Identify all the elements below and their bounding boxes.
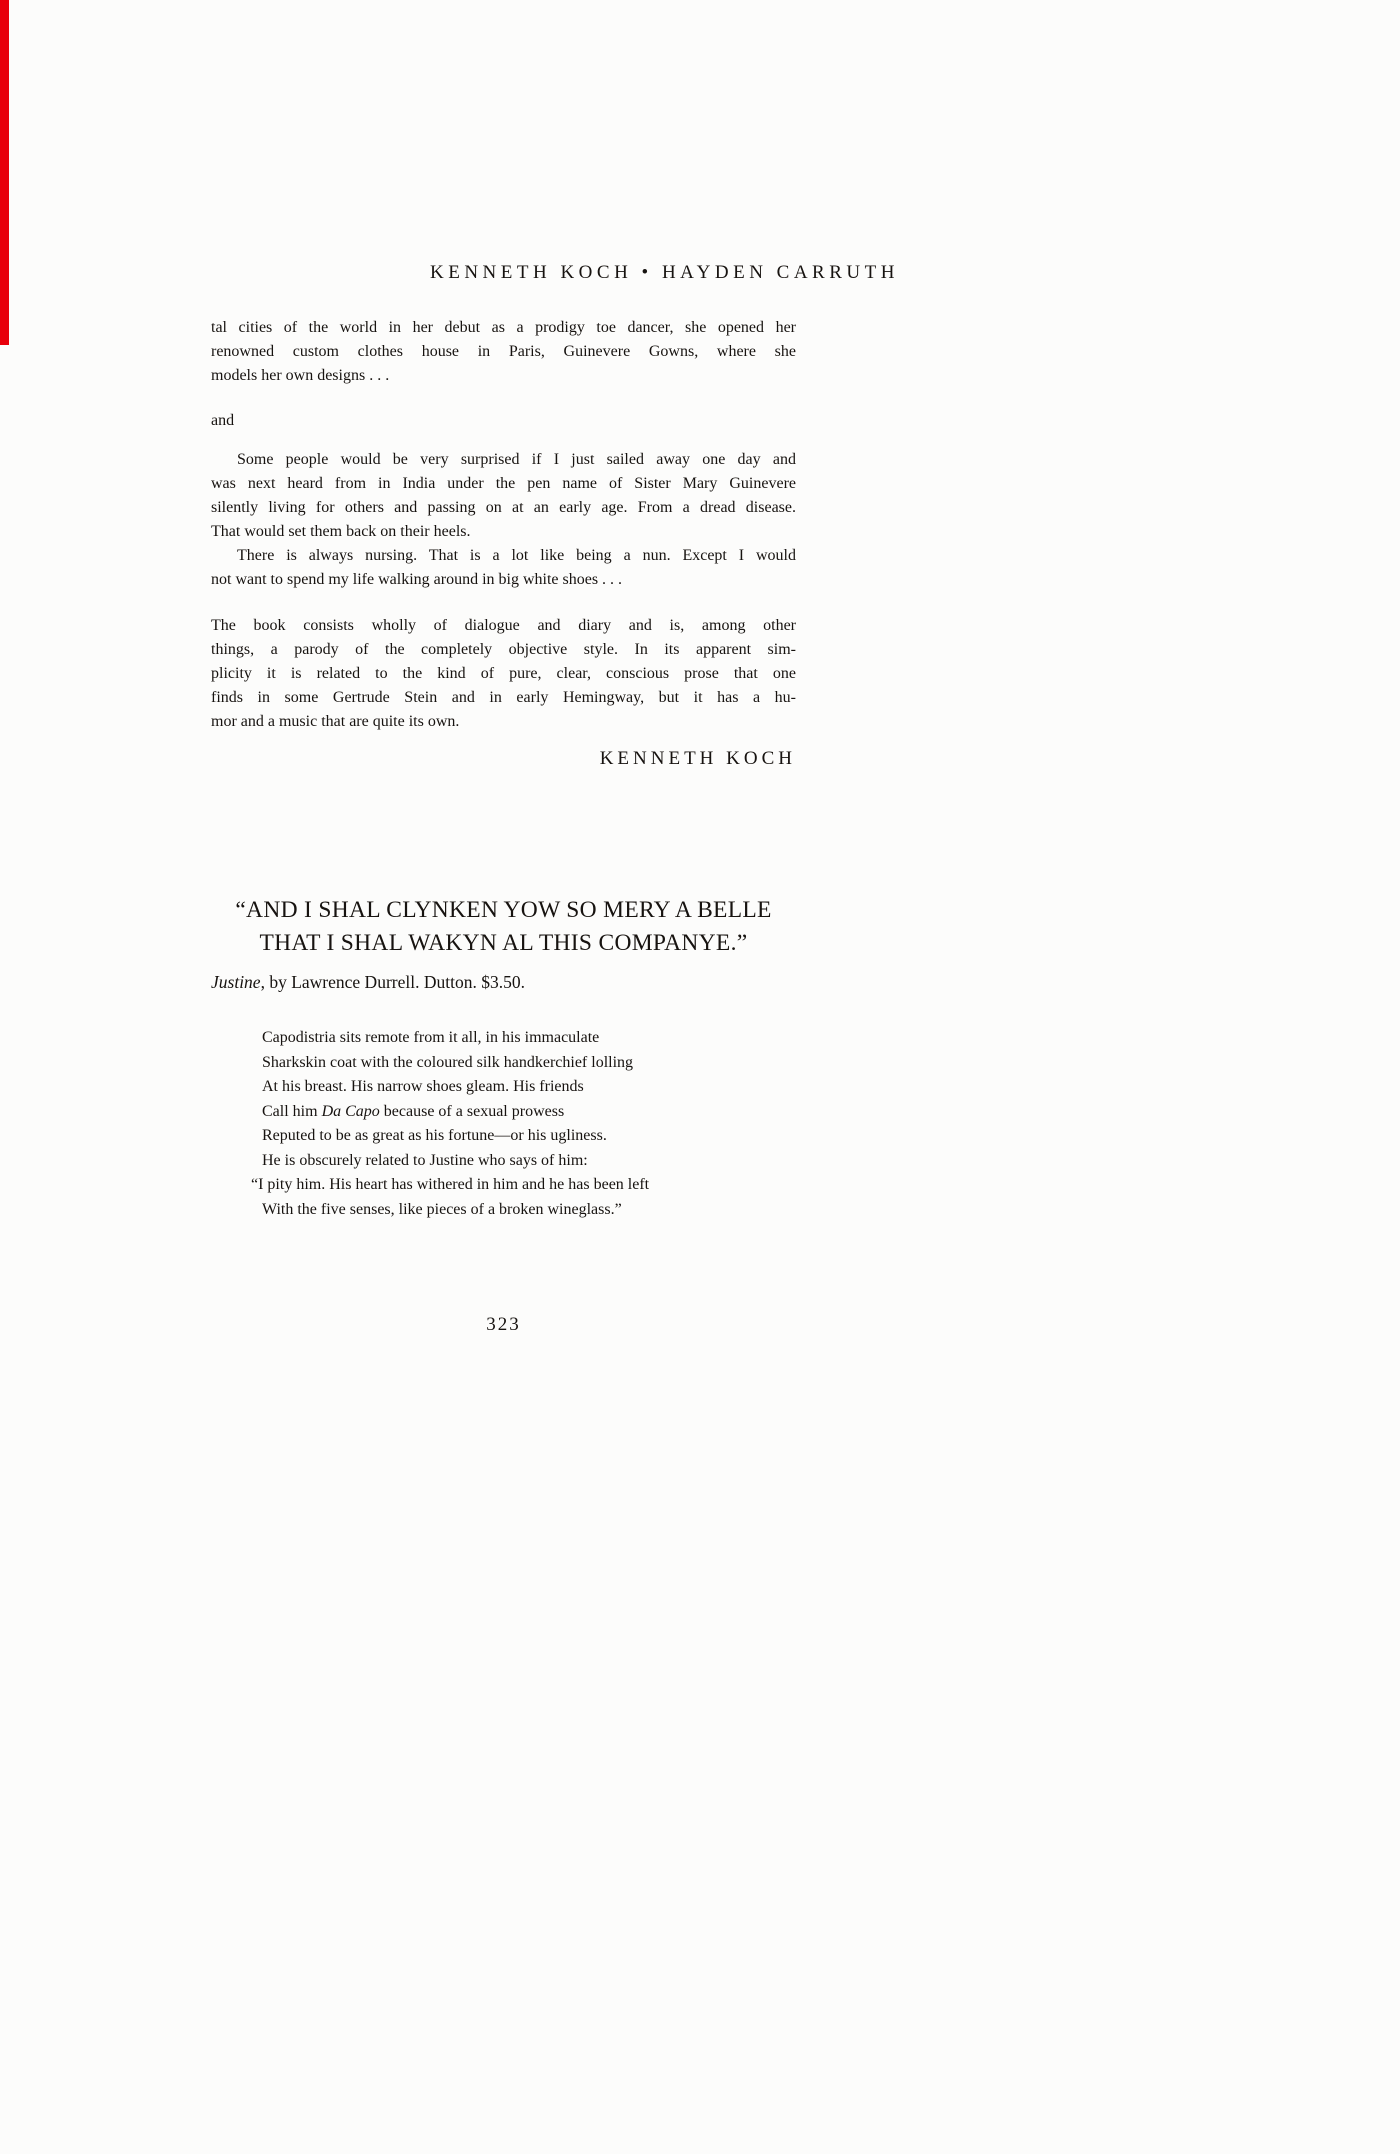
poem-line: Capodistria sits remote from it all, in … (262, 1026, 649, 1051)
poem-line: Sharkskin coat with the coloured silk ha… (262, 1051, 649, 1076)
poem-line: Call him Da Capo because of a sexual pro… (262, 1100, 649, 1125)
poem-line: He is obscurely related to Justine who s… (262, 1149, 649, 1174)
text-line: renowned custom clothes house in Paris, … (211, 340, 796, 364)
poem-line: “I pity him. His heart has withered in h… (251, 1173, 649, 1198)
italic-phrase: Da Capo (322, 1103, 380, 1120)
title-line: “AND I SHAL CLYNKEN YOW SO MERY A BELLE (211, 894, 796, 927)
text-line: There is always nursing. That is a lot l… (211, 544, 796, 568)
text-line: finds in some Gertrude Stein and in earl… (211, 686, 796, 710)
page-number: 323 (211, 1314, 796, 1336)
text-line: models her own designs . . . (211, 364, 796, 388)
text-line: plicity it is related to the kind of pur… (211, 662, 796, 686)
reviewer-signature: KENNETH KOCH (211, 748, 816, 770)
text-line: mor and a music that are quite its own. (211, 710, 796, 734)
scan-artifact-red-strip (0, 0, 9, 345)
running-header: KENNETH KOCH • HAYDEN CARRUTH (430, 262, 899, 284)
poem-line: With the five senses, like pieces of a b… (262, 1198, 649, 1223)
text-line: tal cities of the world in her debut as … (211, 316, 796, 340)
poem-line: At his breast. His narrow shoes gleam. H… (262, 1075, 649, 1100)
text-line: The book consists wholly of dialogue and… (211, 614, 796, 638)
connector-word: and (211, 412, 796, 430)
review-section-title: “AND I SHAL CLYNKEN YOW SO MERY A BELLE … (211, 894, 796, 960)
title-line: THAT I SHAL WAKYN AL THIS COMPANYE.” (211, 927, 796, 960)
quoted-poem: Capodistria sits remote from it all, in … (262, 1026, 649, 1222)
scanned-book-page: KENNETH KOCH • HAYDEN CARRUTH tal cities… (0, 0, 1400, 2154)
book-title: Justine (211, 972, 261, 992)
citation-details: , by Lawrence Durrell. Dutton. $3.50. (261, 972, 525, 992)
text-line: That would set them back on their heels. (211, 520, 796, 544)
review-closing-paragraph: The book consists wholly of dialogue and… (211, 614, 796, 734)
text-line: things, a parody of the completely objec… (211, 638, 796, 662)
poem-line: Reputed to be as great as his fortune—or… (262, 1124, 649, 1149)
excerpt-diary-block: Some people would be very surprised if I… (211, 448, 796, 592)
text-line: not want to spend my life walking around… (211, 568, 796, 592)
text-line: was next heard from in India under the p… (211, 472, 796, 496)
text-line: silently living for others and passing o… (211, 496, 796, 520)
excerpt-prose-block: tal cities of the world in her debut as … (211, 316, 796, 388)
text-line: Some people would be very surprised if I… (211, 448, 796, 472)
book-citation: Justine, by Lawrence Durrell. Dutton. $3… (211, 972, 796, 993)
